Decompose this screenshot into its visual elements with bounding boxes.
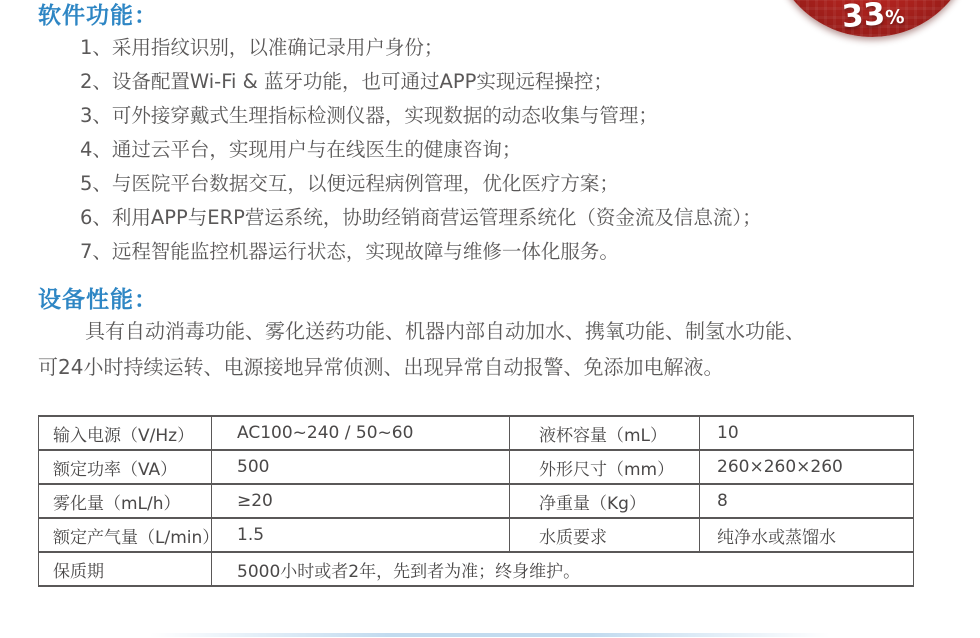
- spec-value-warranty: 5000小时或者2年，先到者为准；终身维护。: [212, 552, 914, 586]
- spec-label-net-weight: 净重量（Kg）: [510, 484, 700, 518]
- spec-label-atomization: 雾化量（mL/h）: [39, 484, 212, 518]
- feature-item-1: 1、采用指纹识别，以准确记录用户身份；: [80, 31, 762, 65]
- spec-value-gas-output: 1.5: [212, 518, 510, 552]
- feature-item-2: 2、设备配置Wi-Fi & 蓝牙功能，也可通过APP实现远程操控；: [80, 65, 762, 99]
- performance-line-1: 具有自动消毒功能、雾化送药功能、机器内部自动加水、携氧功能、制氢水功能、: [38, 314, 805, 350]
- spec-value-water-quality: 纯净水或蒸馏水: [700, 518, 914, 552]
- section-heading-software: 软件功能：: [38, 0, 158, 30]
- performance-paragraph: 具有自动消毒功能、雾化送药功能、机器内部自动加水、携氧功能、制氢水功能、 可24…: [38, 314, 805, 385]
- feature-item-3: 3、可外接穿戴式生理指标检测仪器，实现数据的动态收集与管理；: [80, 99, 762, 133]
- feature-item-4: 4、通过云平台，实现用户与在线医生的健康咨询；: [80, 133, 762, 167]
- discount-percent-value: 33: [841, 0, 887, 35]
- spec-value-atomization: ≥20: [212, 484, 510, 518]
- feature-item-5: 5、与医院平台数据交互，以便远程病例管理，优化医疗方案；: [80, 167, 762, 201]
- spec-label-dimensions: 外形尺寸（mm）: [510, 450, 700, 484]
- spec-value-input-power: AC100~240 / 50~60: [212, 416, 510, 450]
- spec-value-dimensions: 260×260×260: [700, 450, 914, 484]
- spec-row-warranty: 保质期 5000小时或者2年，先到者为准；终身维护。: [39, 552, 914, 586]
- spec-row-power: 输入电源（V/Hz） AC100~240 / 50~60 液杯容量（mL） 10: [39, 416, 914, 450]
- software-feature-list: 1、采用指纹识别，以准确记录用户身份； 2、设备配置Wi-Fi & 蓝牙功能，也…: [80, 31, 762, 269]
- spec-row-gas-output: 额定产气量（L/min） 1.5 水质要求 纯净水或蒸馏水: [39, 518, 914, 552]
- spec-label-rated-power: 额定功率（VA）: [39, 450, 212, 484]
- section-heading-performance: 设备性能：: [38, 281, 158, 314]
- spec-table: 输入电源（V/Hz） AC100~240 / 50~60 液杯容量（mL） 10…: [38, 415, 914, 587]
- feature-item-7: 7、远程智能监控机器运行状态，实现故障与维修一体化服务。: [80, 235, 762, 269]
- spec-label-water-quality: 水质要求: [510, 518, 700, 552]
- document-page: 33% 软件功能： 1、采用指纹识别，以准确记录用户身份； 2、设备配置Wi-F…: [0, 0, 980, 638]
- spec-row-rated-power: 额定功率（VA） 500 外形尺寸（mm） 260×260×260: [39, 450, 914, 484]
- spec-value-net-weight: 8: [700, 484, 914, 518]
- spec-value-cup-capacity: 10: [700, 416, 914, 450]
- spec-label-cup-capacity: 液杯容量（mL）: [510, 416, 700, 450]
- spec-value-rated-power: 500: [212, 450, 510, 484]
- percent-sign: %: [885, 6, 906, 29]
- bottom-gradient-bar: [150, 633, 830, 637]
- spec-row-atomization: 雾化量（mL/h） ≥20 净重量（Kg） 8: [39, 484, 914, 518]
- performance-line-2: 可24小时持续运转、电源接地异常侦测、出现异常自动报警、免添加电解液。: [38, 350, 805, 386]
- feature-item-6: 6、利用APP与ERP营运系统，协助经销商营运管理系统化（资金流及信息流）；: [80, 201, 762, 235]
- spec-label-gas-output: 额定产气量（L/min）: [39, 518, 212, 552]
- spec-label-warranty: 保质期: [39, 552, 212, 586]
- spec-label-input-power: 输入电源（V/Hz）: [39, 416, 212, 450]
